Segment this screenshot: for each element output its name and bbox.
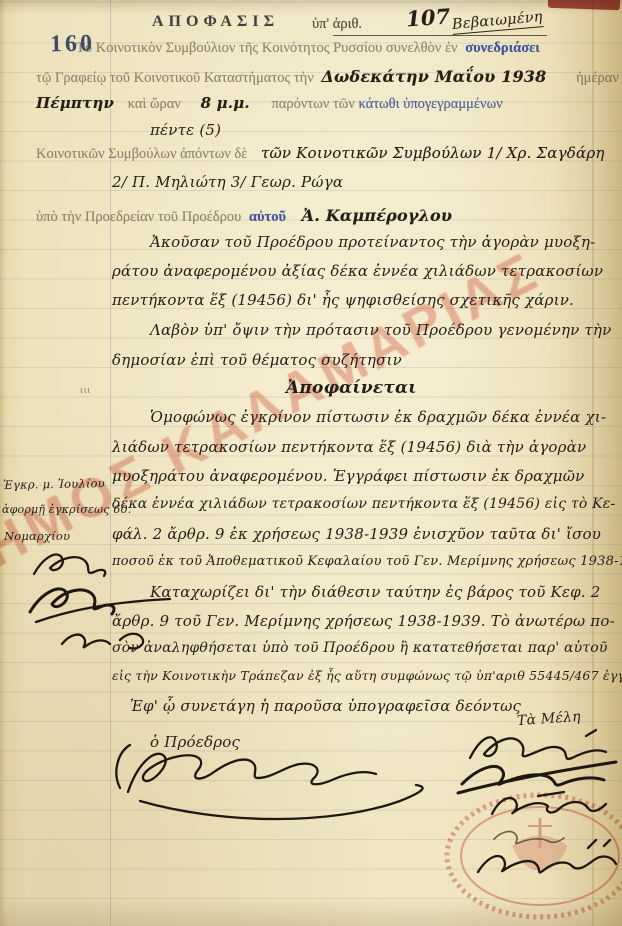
signature-margin-1 xyxy=(34,555,105,576)
signature-margin-2 xyxy=(30,589,170,622)
signature-president xyxy=(116,745,422,819)
scanned-document-page: ΔΗΜΟΣ ΚΑΛΑΜΑΡΙΑΣ ΑΠΟΦΑΣΙΣ ὑπ' ἀριθ. 107 … xyxy=(0,0,622,926)
signature-member-3 xyxy=(492,792,606,814)
signature-member-1 xyxy=(470,730,606,759)
signature-member-5 xyxy=(478,840,616,872)
signature-member-4 xyxy=(494,832,564,844)
signature-margin-3 xyxy=(62,634,143,649)
signatures-overlay xyxy=(0,0,622,926)
signature-member-2 xyxy=(458,762,616,793)
